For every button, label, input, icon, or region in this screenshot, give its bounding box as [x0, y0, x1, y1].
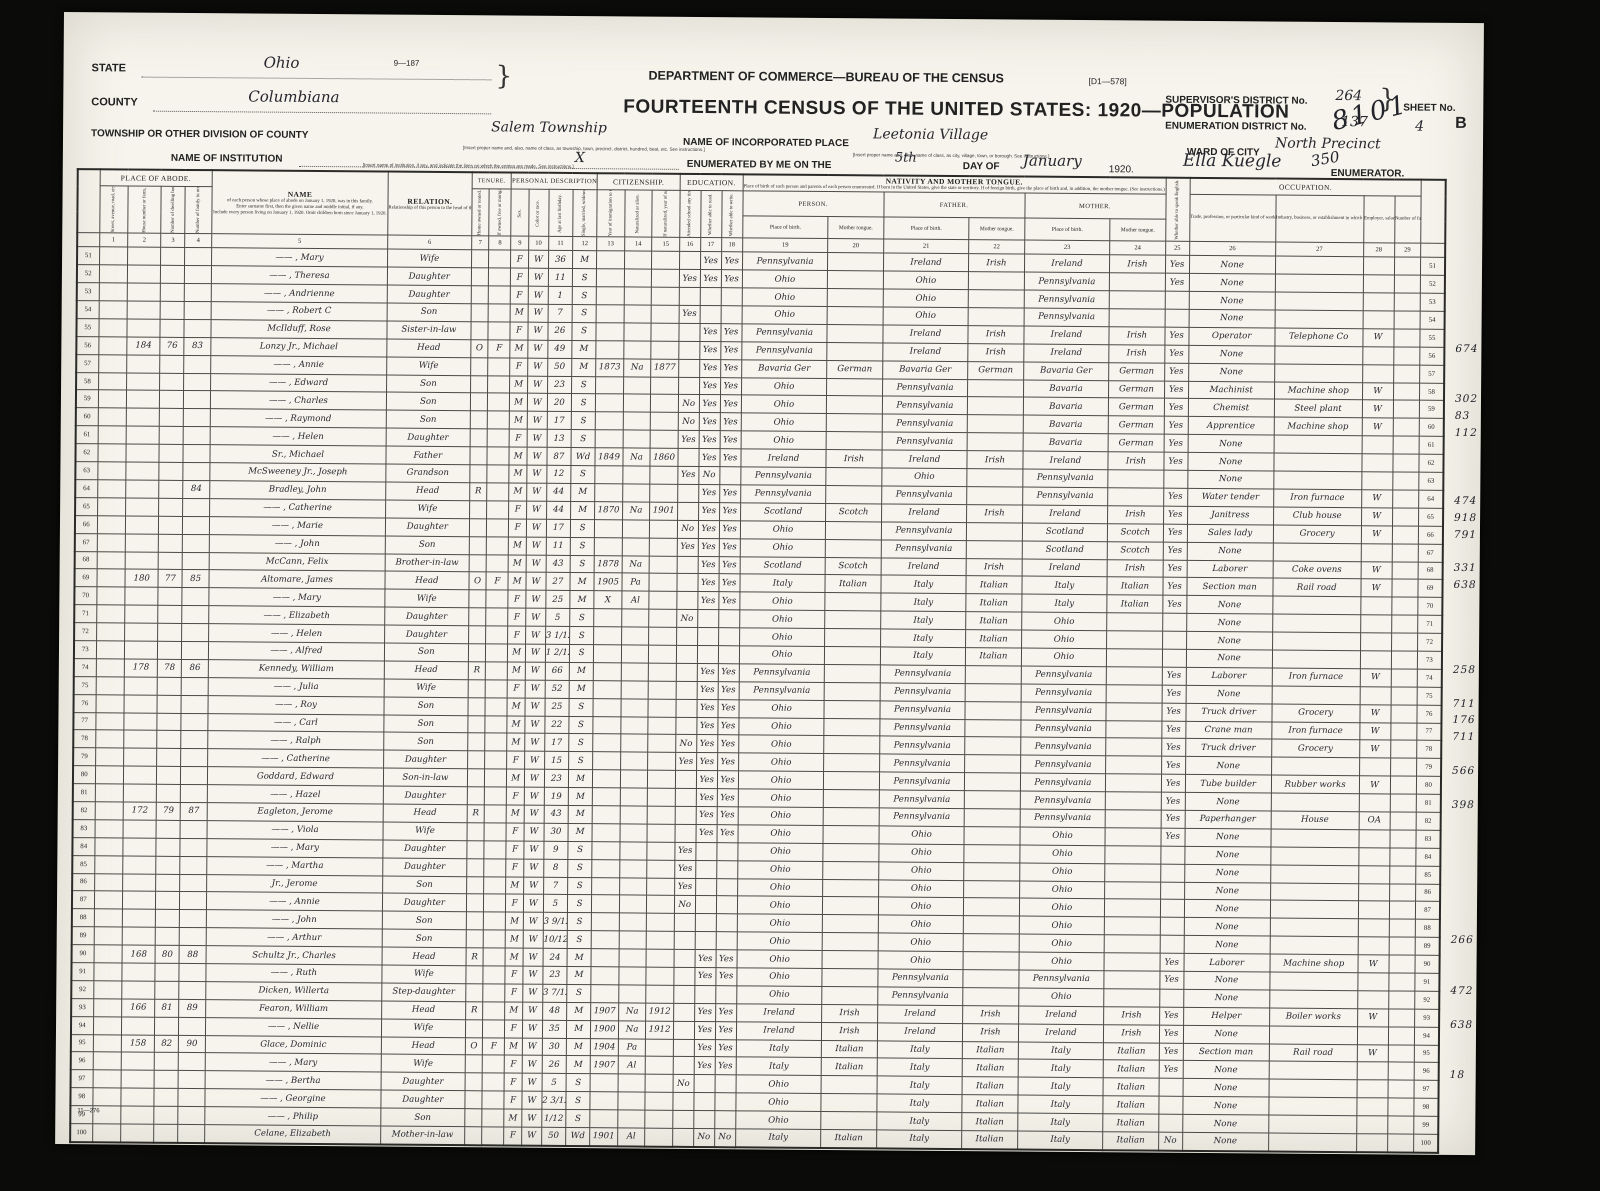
cell-emp — [1359, 794, 1390, 812]
cell-mpb: Scotland — [1022, 541, 1108, 560]
cell-yimm — [597, 269, 625, 287]
cell-house — [128, 247, 161, 265]
cell-fam — [183, 462, 210, 480]
cell-pb: Scotland — [740, 503, 826, 522]
cell-age: 23 — [544, 769, 568, 787]
cell-ind: Grocery — [1272, 704, 1360, 723]
cell-mmt: German — [1109, 380, 1164, 398]
colnum-20: 20 — [828, 239, 883, 253]
cell-sch — [678, 359, 699, 377]
father-mt-header: Mother tongue. — [969, 218, 1024, 240]
cell-farm — [1391, 633, 1418, 651]
cell-fam — [185, 266, 212, 284]
cell-emp — [1363, 257, 1394, 275]
cell-sex: F — [511, 286, 529, 304]
cell-pb: Ohio — [736, 986, 822, 1005]
cell-dwell — [158, 605, 182, 623]
cell-name: —— , John — [209, 534, 385, 553]
cell-eng: Yes — [1160, 953, 1184, 971]
cell-name: —— , John — [206, 910, 382, 929]
cell-pb: Ireland — [736, 1004, 822, 1023]
cell-sex: M — [508, 662, 526, 680]
margin-tally: 711 — [1452, 731, 1475, 743]
cell-emp: OA — [1359, 812, 1390, 830]
cell-occ: Truck driver — [1185, 739, 1271, 758]
cell-t7: R — [467, 805, 485, 823]
cell-farm — [1389, 937, 1416, 955]
cell-lno: 79 — [73, 748, 95, 766]
cell-name: —— , Robert C — [211, 302, 387, 321]
cell-t8 — [485, 751, 507, 769]
cell-rd: Yes — [694, 1021, 715, 1039]
cell-age: 5 — [542, 1074, 566, 1092]
cell-mmt — [1105, 828, 1160, 846]
cell-sch: No — [673, 1075, 694, 1093]
cell-mmt: Irish — [1110, 255, 1165, 273]
cell-name: —— , Marie — [209, 516, 385, 535]
cell-eng: Yes — [1163, 560, 1187, 578]
cell-fam — [181, 785, 208, 803]
cell-sex: F — [506, 894, 524, 912]
cell-t8 — [485, 680, 507, 698]
cell-eng: Yes — [1161, 792, 1185, 810]
cell-dwell — [154, 1088, 178, 1106]
institution-value: X — [575, 150, 585, 166]
cell-pb: Ohio — [739, 592, 825, 611]
cell-nat — [620, 824, 648, 842]
cell-nat — [620, 734, 648, 752]
cell-house — [122, 963, 155, 981]
cell-t7 — [471, 286, 489, 304]
cell-eng: Yes — [1164, 327, 1188, 345]
cell-lno: 90 — [72, 945, 94, 963]
cell-rd: Yes — [698, 574, 719, 592]
cell-fpb: Pennsylvania — [881, 486, 967, 505]
cell-mmt — [1106, 756, 1161, 774]
cell-yimm — [593, 716, 621, 734]
cell-mt: Italian — [825, 575, 880, 593]
cell-dwell — [159, 516, 183, 534]
cell-wr: Yes — [719, 485, 740, 503]
cell-t8 — [482, 1091, 504, 1109]
cell-mpb: Pennsylvania — [1024, 308, 1110, 327]
cell-race: W — [524, 859, 544, 877]
cell-ind: Machine shop — [1270, 954, 1358, 973]
cell-wr: Yes — [717, 735, 738, 753]
cell-emp: W — [1362, 400, 1393, 418]
cell-mmt — [1105, 935, 1160, 953]
cell-t8 — [483, 1002, 505, 1020]
cell-mmt — [1108, 470, 1163, 488]
cell-dwell — [154, 1124, 178, 1143]
cell-age: 19 — [544, 787, 568, 805]
cell-t7 — [468, 679, 486, 697]
cell-rlno: 84 — [1416, 848, 1441, 866]
cell-age: 3 1/12 — [545, 626, 569, 644]
cell-fmt: Italian — [963, 1059, 1018, 1077]
cell-dwell: 82 — [155, 1035, 179, 1053]
cell-wr: Yes — [719, 556, 740, 574]
cell-dwell — [158, 623, 182, 641]
cell-fam — [179, 1017, 206, 1035]
cell-rlno: 100 — [1414, 1134, 1439, 1153]
cell-rlno: 83 — [1416, 830, 1441, 848]
colnum-14: 14 — [624, 237, 652, 251]
cell-farm — [1391, 579, 1418, 597]
cell-eng — [1159, 1078, 1183, 1096]
cell-emp — [1362, 454, 1393, 472]
cell-fmt — [967, 540, 1022, 558]
cell-t7 — [469, 536, 487, 554]
cell-sex: M — [507, 716, 525, 734]
colnum-6: 6 — [388, 235, 472, 250]
cell-race: W — [523, 930, 543, 948]
cell-sch — [673, 1110, 694, 1128]
cell-house — [126, 498, 159, 516]
cell-pb: Ohio — [737, 896, 823, 915]
cell-occ: Operator — [1189, 327, 1275, 346]
cell-mpb: Ohio — [1019, 934, 1105, 953]
cell-emp — [1358, 919, 1389, 937]
cell-wr: Yes — [720, 449, 741, 467]
cell-ynat — [649, 609, 677, 627]
cell-fmt: Italian — [966, 594, 1021, 612]
col-marital: Single, married, widowed, or divorced. — [573, 190, 598, 237]
cell-emp — [1360, 633, 1391, 651]
cell-nat — [618, 1074, 646, 1092]
cell-pb: Pennsylvania — [742, 324, 828, 343]
cell-mt: Irish — [822, 1022, 877, 1040]
cell-fam — [181, 749, 208, 767]
cell-rd: No — [693, 1128, 714, 1147]
cell-lno: 56 — [76, 336, 98, 354]
cell-fpb: Pennsylvania — [879, 754, 965, 773]
cell-t8 — [489, 250, 511, 268]
cell-yimm — [592, 895, 620, 913]
cell-t7 — [468, 608, 486, 626]
cell-ind: Machine shop — [1274, 417, 1362, 436]
col-street: Street, avenue, road, etc. — [99, 186, 128, 233]
cell-mar: M — [566, 1056, 590, 1074]
group-education: EDUCATION. — [680, 174, 743, 191]
cell-t8 — [482, 1109, 504, 1127]
incorporated-place-value: Leetonia Village — [873, 126, 988, 143]
cell-yimm — [596, 341, 624, 359]
cell-pb: Pennsylvania — [739, 664, 825, 683]
cell-mt — [824, 736, 879, 754]
cell-sex: F — [509, 429, 527, 447]
cell-mpb: Italy — [1018, 1077, 1104, 1096]
cell-nat — [623, 412, 651, 430]
cell-t7: R — [466, 948, 484, 966]
cell-name: —— , Roy — [208, 695, 384, 714]
cell-eng — [1159, 989, 1183, 1007]
cell-emp: W — [1361, 508, 1392, 526]
cell-wr: Yes — [718, 681, 739, 699]
cell-rel: Head — [382, 1001, 466, 1020]
cell-ind — [1269, 1026, 1357, 1045]
cell-mmt: Irish — [1104, 1006, 1159, 1024]
cell-pb: Ohio — [739, 646, 825, 665]
cell-mpb: Ohio — [1019, 952, 1105, 971]
cell-ynat — [651, 377, 679, 395]
cell-sch: Yes — [675, 842, 696, 860]
cell-fpb: Ohio — [878, 897, 964, 916]
cell-t7 — [465, 984, 483, 1002]
cell-mar: S — [567, 984, 591, 1002]
cell-fmt: German — [968, 361, 1023, 379]
cell-emp: W — [1359, 740, 1390, 758]
cell-mar: M — [570, 591, 594, 609]
subgroup-person: PERSON. — [743, 191, 884, 217]
cell-age: 2 3/12 — [542, 1092, 566, 1110]
cell-sex: M — [507, 733, 525, 751]
cell-name: —— , Helen — [208, 624, 384, 643]
colnum-18: 18 — [721, 238, 742, 252]
cell-lno: 94 — [71, 1016, 93, 1034]
cell-wr — [715, 986, 736, 1004]
cell-ynat — [645, 1092, 673, 1110]
cell-t7 — [467, 733, 485, 751]
cell-sch: Yes — [679, 270, 700, 288]
name-desc-3: Include every person living on January 1… — [212, 210, 387, 217]
cell-race: W — [522, 1038, 542, 1056]
cell-occ: None — [1189, 291, 1275, 310]
cell-house — [122, 981, 155, 999]
cell-emp — [1358, 901, 1389, 919]
cell-name: —— , Julia — [208, 677, 384, 696]
cell-ynat — [647, 913, 675, 931]
cell-dwell — [157, 749, 181, 767]
cell-pb: Ohio — [735, 1111, 821, 1130]
cell-rel: Son — [387, 303, 471, 322]
township-value: Salem Township — [491, 119, 607, 136]
cell-name: —— , Mary — [209, 588, 385, 607]
cell-sch — [673, 1093, 694, 1111]
cell-mpb: Scotland — [1022, 523, 1108, 542]
cell-yimm: 1870 — [595, 502, 623, 520]
cell-house — [124, 695, 157, 713]
cell-eng: Yes — [1163, 506, 1187, 524]
cell-mmt — [1106, 720, 1161, 738]
cell-name: —— , Helen — [210, 427, 386, 446]
cell-emp — [1363, 275, 1394, 293]
cell-name: —— , Carl — [208, 713, 384, 732]
sheet-label: SHEET No. — [1403, 103, 1455, 114]
cell-mpb: Ireland — [1022, 505, 1108, 524]
cell-lno: 80 — [73, 766, 95, 784]
cell-nat: Pa — [622, 573, 650, 591]
colnum-9: 9 — [511, 236, 529, 250]
cell-pb: Ohio — [736, 968, 822, 987]
cell-yimm — [594, 645, 622, 663]
cell-street — [93, 981, 122, 999]
colnum-22: 22 — [969, 240, 1024, 254]
cell-nat — [624, 251, 652, 269]
cell-eng — [1165, 309, 1189, 327]
cell-name: Dicken, Willerta — [206, 982, 382, 1001]
cell-wr: No — [714, 1129, 735, 1148]
cell-house — [125, 534, 158, 552]
cell-wr: Yes — [715, 1057, 736, 1075]
cell-name: Glace, Dominic — [205, 1035, 381, 1054]
cell-mpb: Italy — [1017, 1095, 1103, 1114]
cell-sex: F — [505, 1055, 523, 1073]
cell-mmt: German — [1108, 434, 1163, 452]
cell-mpb: Bavaria — [1023, 415, 1109, 434]
cell-farm — [1391, 651, 1418, 669]
colnum-21: 21 — [883, 239, 969, 254]
cell-rd: Yes — [696, 753, 717, 771]
group-relation: RELATION. Relationship of this person to… — [388, 172, 472, 237]
cell-house — [126, 462, 159, 480]
cell-t7 — [467, 751, 485, 769]
cell-sch — [674, 914, 695, 932]
cell-t8 — [489, 286, 511, 304]
cell-eng: Yes — [1161, 739, 1185, 757]
cell-mt: Italian — [822, 1058, 877, 1076]
cell-fmt: Italian — [962, 1131, 1017, 1150]
cell-ynat: 1901 — [650, 502, 678, 520]
cell-rlno: 68 — [1418, 562, 1443, 580]
cell-mt — [826, 485, 881, 503]
cell-t7 — [464, 1127, 482, 1146]
cell-sch — [677, 592, 698, 610]
cell-rd — [697, 645, 718, 663]
cell-fam — [183, 534, 210, 552]
cell-occ: None — [1183, 1097, 1269, 1116]
cell-occ: None — [1182, 1114, 1268, 1133]
margin-tally: 791 — [1454, 528, 1477, 540]
cell-mpb: Pennsylvania — [1022, 487, 1108, 506]
cell-fam: 86 — [182, 659, 209, 677]
cell-rel: Daughter — [386, 428, 470, 447]
cell-rel: Daughter — [384, 750, 468, 769]
cell-rd: Yes — [698, 484, 719, 502]
cell-sch: Yes — [675, 753, 696, 771]
mother-mt-header: Mother tongue. — [1110, 219, 1165, 241]
cell-pb: Ohio — [738, 771, 824, 790]
cell-yimm: 1878 — [594, 555, 622, 573]
cell-mpb: Ohio — [1019, 916, 1105, 935]
cell-ynat — [649, 663, 677, 681]
cell-mar: M — [571, 501, 595, 519]
cell-nat: Na — [623, 448, 651, 466]
cell-sch: Yes — [674, 878, 695, 896]
cell-yimm — [590, 1074, 618, 1092]
institution-label: NAME OF INSTITUTION — [171, 153, 283, 165]
cell-name: —— , Annie — [210, 355, 386, 374]
cell-name: Altomare, James — [209, 570, 385, 589]
cell-lno: 68 — [75, 551, 97, 569]
cell-nat: Na — [622, 502, 650, 520]
cell-nat — [620, 752, 648, 770]
cell-mt — [823, 879, 878, 897]
cell-lno: 76 — [74, 694, 96, 712]
cell-eng — [1162, 649, 1186, 667]
cell-mpb: Italy — [1021, 576, 1107, 595]
cell-t7 — [466, 858, 484, 876]
cell-rlno: 94 — [1414, 1027, 1439, 1045]
cell-farm — [1390, 740, 1417, 758]
cell-farm — [1393, 383, 1420, 401]
incorporated-place-note: [Insert proper name and, also, name of c… — [853, 152, 1050, 159]
cell-sex: M — [508, 644, 526, 662]
cell-rlno: 71 — [1418, 615, 1443, 633]
cell-ynat — [646, 1039, 674, 1057]
cell-lno: 67 — [75, 533, 97, 551]
cell-rel: Daughter — [387, 285, 471, 304]
cell-name: —— , Mary — [207, 838, 383, 857]
cell-fmt — [967, 469, 1022, 487]
cell-rd — [696, 842, 717, 860]
cell-emp: W — [1363, 329, 1394, 347]
cell-wr: Yes — [720, 395, 741, 413]
cell-fmt — [966, 683, 1021, 701]
cell-name: Jr., Jerome — [206, 874, 382, 893]
cell-yimm — [596, 323, 624, 341]
cell-t7 — [466, 876, 484, 894]
cell-fam — [182, 606, 209, 624]
cell-rlno: 70 — [1418, 597, 1443, 615]
cell-t7 — [469, 554, 487, 572]
cell-age: 66 — [545, 662, 569, 680]
cell-wr — [719, 467, 740, 485]
cell-rlno: 75 — [1417, 687, 1442, 705]
cell-eng: Yes — [1161, 810, 1185, 828]
supervisor-district-label: SUPERVISOR'S DISTRICT No. — [1165, 95, 1307, 107]
cell-race: W — [522, 1056, 542, 1074]
cell-sch — [673, 1003, 694, 1021]
cell-rd: Yes — [697, 717, 718, 735]
cell-age: 17 — [544, 734, 568, 752]
cell-street — [94, 909, 123, 927]
cell-fam — [179, 1053, 206, 1071]
cell-mmt: Italian — [1104, 1060, 1159, 1078]
cell-lno: 55 — [76, 319, 98, 337]
cell-fpb: Pennsylvania — [881, 540, 967, 559]
cell-mmt: Scotch — [1108, 523, 1163, 541]
cell-farm — [1394, 293, 1421, 311]
cell-ind: Iron furnace — [1271, 722, 1359, 741]
cell-rd — [697, 628, 718, 646]
cell-mar: S — [570, 555, 594, 573]
cell-fpb: Italy — [877, 1076, 963, 1095]
cell-eng: Yes — [1162, 685, 1186, 703]
cell-t8 — [486, 608, 508, 626]
cell-dwell — [155, 1017, 179, 1035]
cell-t7 — [468, 626, 486, 644]
incorporated-place-label: NAME OF INCORPORATED PLACE — [683, 137, 849, 149]
cell-rd: Yes — [699, 377, 720, 395]
cell-nat — [621, 609, 649, 627]
cell-rel: Brother-in-law — [385, 554, 469, 573]
cell-street — [94, 855, 123, 873]
cell-fpb: Ohio — [878, 933, 964, 952]
cell-fmt — [964, 862, 1019, 880]
cell-mmt — [1107, 631, 1162, 649]
cell-ind: Machine shop — [1274, 382, 1362, 401]
cell-nat: Na — [618, 1003, 646, 1021]
cell-dwell: 78 — [157, 659, 181, 677]
cell-street — [93, 963, 122, 981]
cell-yimm — [591, 967, 619, 985]
cell-yimm: 1873 — [596, 358, 624, 376]
cell-house — [124, 713, 157, 731]
cell-ind — [1270, 847, 1358, 866]
cell-fpb: Ireland — [882, 343, 968, 362]
cell-dwell: 79 — [156, 802, 180, 820]
